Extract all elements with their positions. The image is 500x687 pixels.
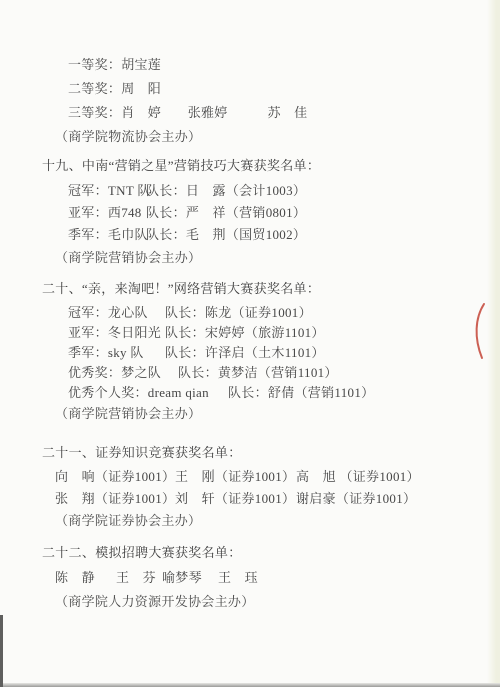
winner-name: 高 旭 （证券1001） <box>296 469 420 484</box>
prize-cell: 优秀个人奖：dream qian <box>68 385 209 400</box>
section-19-heading: 十九、中南“营销之星”营销技巧大赛获奖名单： <box>42 158 320 173</box>
winner-name: 向 响（证券1001） <box>55 469 175 484</box>
prize-cell: 冠军：TNT 队 <box>68 183 151 198</box>
leader-cell: 队长：毛 荆（国贸1002） <box>146 227 306 242</box>
prize-cell: 冠军：龙心队 <box>68 305 148 320</box>
prize-cell: 亚军：冬日阳光 <box>68 325 161 340</box>
leader-cell: 队长：陈龙（证券1001） <box>165 305 312 320</box>
award-line-second-prize: 二等奖：周 阳 <box>68 81 161 96</box>
organizer-line: （商学院人力资源开发协会主办） <box>55 594 255 609</box>
winner-name: 喻梦琴 <box>162 570 202 585</box>
winner-name: 张 翔（证券1001） <box>55 491 175 506</box>
leader-cell: 队长：严 祥（营销0801） <box>146 205 306 220</box>
prize-cell: 优秀奖：梦之队 <box>68 365 161 380</box>
winner-name: 谢启豪（证券1001） <box>296 491 416 506</box>
scan-bottom-edge-shadow <box>0 683 500 687</box>
winner-name: 王 珏 <box>218 570 258 585</box>
winner-name: 王 刚（证券1001） <box>175 469 295 484</box>
award-line-first-prize: 一等奖：胡宝莲 <box>68 57 161 72</box>
leader-cell: 队长：黄梦洁（营销1101） <box>178 365 338 380</box>
scan-left-edge-shadow <box>0 615 3 687</box>
section-22-heading: 二十二、模拟招聘大赛获奖名单： <box>42 545 242 560</box>
scan-right-edge-shadow <box>487 0 500 687</box>
scanned-document-page: 一等奖：胡宝莲 二等奖：周 阳 三等奖：肖 婷 张雅婷 苏 佳 （商学院物流协会… <box>0 0 500 687</box>
leader-cell: 队长：许泽启（土木1101） <box>165 345 325 360</box>
leader-cell: 队长：日 露（会计1003） <box>146 183 306 198</box>
section-21-heading: 二十一、证券知识竞赛获奖名单： <box>42 445 242 460</box>
organizer-line: （商学院营销协会主办） <box>55 250 201 265</box>
winner-name: 王 芬 <box>116 570 156 585</box>
award-line-third-prize: 三等奖：肖 婷 张雅婷 苏 佳 <box>68 105 307 120</box>
winner-name: 陈 静 <box>55 570 95 585</box>
leader-cell: 队长：舒倩（营销1101） <box>228 385 374 400</box>
organizer-line: （商学院物流协会主办） <box>55 129 201 144</box>
winner-name: 刘 轩（证券1001） <box>175 491 295 506</box>
prize-cell: 亚军：西748 <box>68 205 142 220</box>
organizer-line: （商学院证券协会主办） <box>55 513 201 528</box>
leader-cell: 队长：宋婷婷（旅游1101） <box>165 325 325 340</box>
section-20-heading: 二十、“亲，来淘吧！”网络营销大赛获奖名单： <box>42 281 320 296</box>
prize-cell: 季军：sky 队 <box>68 345 144 360</box>
prize-cell: 季军：毛巾队 <box>68 227 148 242</box>
organizer-line: （商学院营销协会主办） <box>55 406 201 421</box>
